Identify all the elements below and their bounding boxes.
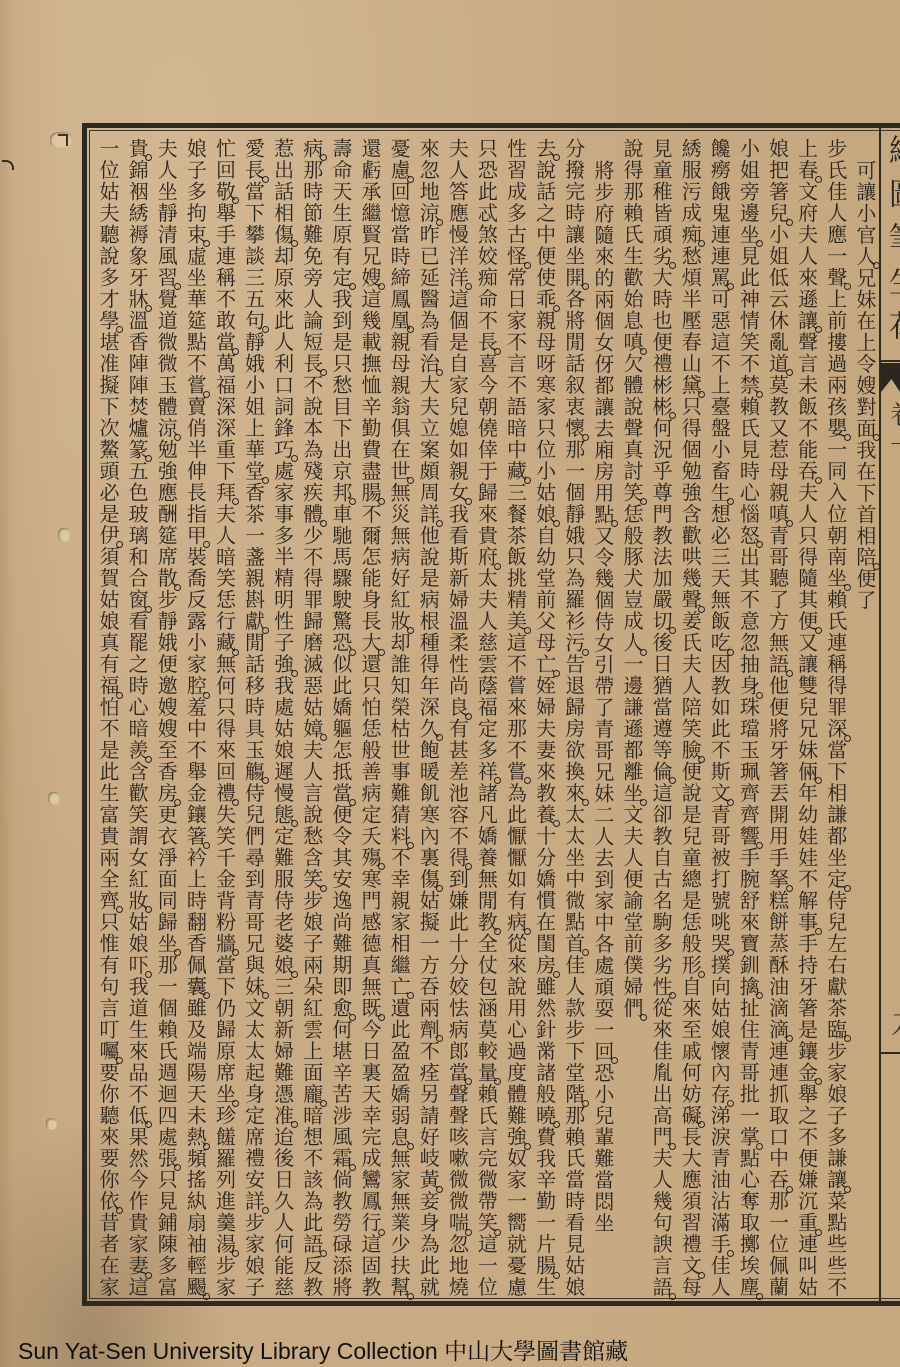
text-column: 說得那賴氏生歡始息嗔欠體說聲真討笑恁般豚犬豈成人一邊謙遜都離坐文夫人便諭堂前僕婦… [618, 138, 646, 1303]
text-column: 憂慮回憶當時締鳳凰親母親翁俱在世無災無病好紅妝却誰知榮枯世事難猜料不幸親家相繼亡… [385, 138, 413, 1303]
binding-hole [58, 528, 70, 542]
text-column: 還虧承繼賢兄嫂這幾載撫恤辛勤費盡腸不爾怎能身長大還只怕恁般善病定夭殤寒門感德真無… [356, 138, 384, 1303]
margin-divider [880, 360, 900, 362]
text-column: 壽命天生原有定我到是只愁目下出京邦車馳馬驟駛驚恐似此嬌軀怎抵當便令其安逸尚難期即… [327, 138, 355, 1303]
binding-hole [46, 1118, 57, 1130]
text-column: 一位姑夫聽說多才學堪准擬下次鰲頭必是伊須賀姑娘真有福怕不是此生富貴兩全齊只惟有句… [94, 138, 122, 1303]
text-column: 娘子多拘束虛坐華筵點不嘗賣俏半伸長指甲裝喬反露小家腔羞中不舉金鑲箸衿上時翻香佩囊… [181, 138, 209, 1303]
book-title: 繪圖筆生花 [884, 134, 900, 354]
text-column: 惹出話相傷却原來此人利口詞鋒巧處家事多半精明性子強我處姑娘遲慢態定難服侍老婆娘三… [269, 138, 297, 1303]
text-column: 來忽地涼昨已延醫為看治大夫立案頗周詳他說是病根種得年深久飽暖飢寒內裏傷姑擬一方吞… [414, 138, 442, 1303]
text-column: 綉服污成痴愁煩半壓春山黛只得個勉強含歡哄幾聲姜氏夫人陪笑臉便說是兒童總是恁般形自… [676, 138, 704, 1303]
text-column: 可讓小官人兄妹在上令嫂對面我在下首相陪便了 [851, 138, 879, 1303]
text-column: 貴錦裀綉褥象牙牀溫香陣陣焚爐篆五色玻璃和合窗看罷之時心暗羨含歡笑謂女紅妝姑娘吓我… [123, 138, 151, 1303]
text-column: 忙回敬舉手連稱不敢當萬福深深重下拜夫人暗笑恁行藏無何只得來回禮失笑千金背粉牆當下… [210, 138, 238, 1303]
text-column: 饞癆餓鬼連連罵可惡這不上臺盤小畜生想必三天無飯吃因教如此不斯文青哥被打號咷哭撲向… [705, 138, 733, 1303]
text-column: 將步府隨來的兩個女伢都讓去廂房用點又令幾個侍女引帶了青哥兄妹二人去到家中各處頑耍… [589, 138, 617, 1303]
text-column: 病那時節難免旁人論短長不說本為殘疾體少不得罪歸磨滅惡姑嫜夫人言說愁含笑步娘子兩朵… [298, 138, 326, 1303]
edge-mark [2, 160, 14, 170]
text-column: 上春文府夫人來遜讓聲言未飯不能吞夫人只得隨其便又讓雙兒兄妹倆年幼娃娃不解事手持牙… [793, 138, 821, 1303]
margin-divider [880, 1052, 900, 1054]
text-column: 夫人坐靜清風習覺道微微玉體涼勉強應酬筵席散步靜娥便邀嫂嫂至香房更衣淨面同歸坐那一… [152, 138, 180, 1303]
fold-margin-rule [879, 127, 881, 1302]
text-column: 小姐旁邊坐見此神情笑不禁賴氏見時心惱怒出其不意忽抽身珠璫玉珮齊齊響手腕舒來寶釧擒… [734, 138, 762, 1303]
binding-mark [58, 134, 68, 146]
text-column: 分撥完時讓坐開各將閒話叙衷懷那一個靜娥只為羅衫污告退歸房欲換來太太坐中微點首佳人… [560, 138, 588, 1303]
text-column: 性習成多古怪常日家不言不語暗中藏三餐茶飯挑精美這不嘗來那不嘗為此懨懨如有病從來說… [502, 138, 530, 1303]
text-column: 娘把箸兒小姐低云休亂道莫教又惹母親嗔青哥聽了方無語他便將牙箸丟開用手拏糕餅蒸酥油… [764, 138, 792, 1303]
page-number: 九 [886, 1006, 900, 1036]
text-column: 夫人答應慢洋洋這個是自家兒媳如親女我看斯新婦溫柔性尚良有甚差池容不得到嫌此十分姣… [443, 138, 471, 1303]
binding-hole [48, 792, 60, 805]
text-column: 見童稚皆頑劣大時也便禮彬彬何況乎尊門教法加嚴切後日猶當遵等倫這卻教自古名駒多劣性… [647, 138, 675, 1303]
collection-credit: Sun Yat-Sen University Library Collectio… [18, 1338, 628, 1364]
text-column: 愛長當下攀談三五句靜娥小姐上華堂香茶一盞親斟獻閒話移時具玉觴侍兒們尋到青哥兄與妹… [240, 138, 268, 1303]
text-column: 步氏佳人應一聲上前摟過兩孩嬰一同入位朝南坐賴氏連稱得罪深當下相謙都坐定侍兒左右獻… [822, 138, 850, 1303]
text-column: 去說話之中便使乖親母呀寒家只位小姑娘自幼堂前父母亡姪婦夫妻來教養十分嬌慣在閨房雖… [531, 138, 559, 1303]
text-body: 可讓小官人兄妹在上令嫂對面我在下首相陪便了 步氏佳人應一聲上前摟過兩孩嬰一同入位… [94, 138, 879, 1303]
text-column: 只恐此忒煞姣痴命不長喜今朝僥倖于歸來貴府太夫人慈雲蔭福定多祥諸凡嬌養無閒教全仗包… [472, 138, 500, 1303]
volume-label: 卷一 [885, 400, 900, 462]
